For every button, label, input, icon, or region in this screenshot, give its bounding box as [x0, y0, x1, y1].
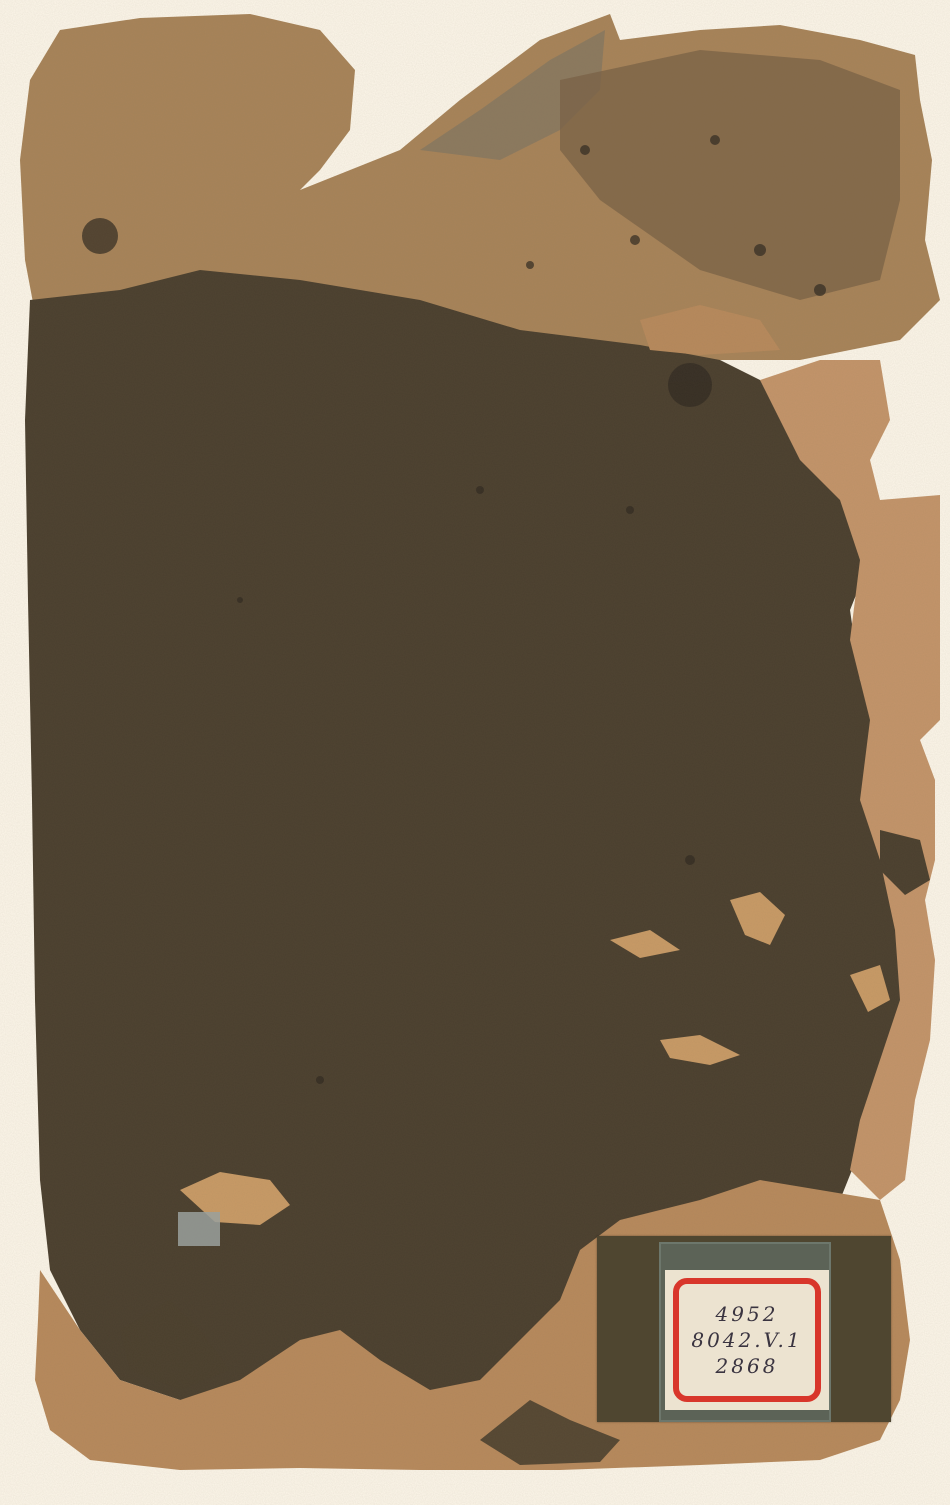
label-call-number: 8042.V.1: [691, 1327, 802, 1353]
label-red-border: 4952 8042.V.1 2868: [673, 1278, 821, 1402]
label-accession-number: 4952: [716, 1301, 779, 1327]
library-label: 4952 8042.V.1 2868: [597, 1236, 891, 1422]
label-card: 4952 8042.V.1 2868: [665, 1270, 829, 1410]
label-copy-number: 2868: [716, 1353, 779, 1379]
grey-paper-fragment: [178, 1212, 220, 1246]
book-cover-photo: 4952 8042.V.1 2868: [0, 0, 950, 1505]
